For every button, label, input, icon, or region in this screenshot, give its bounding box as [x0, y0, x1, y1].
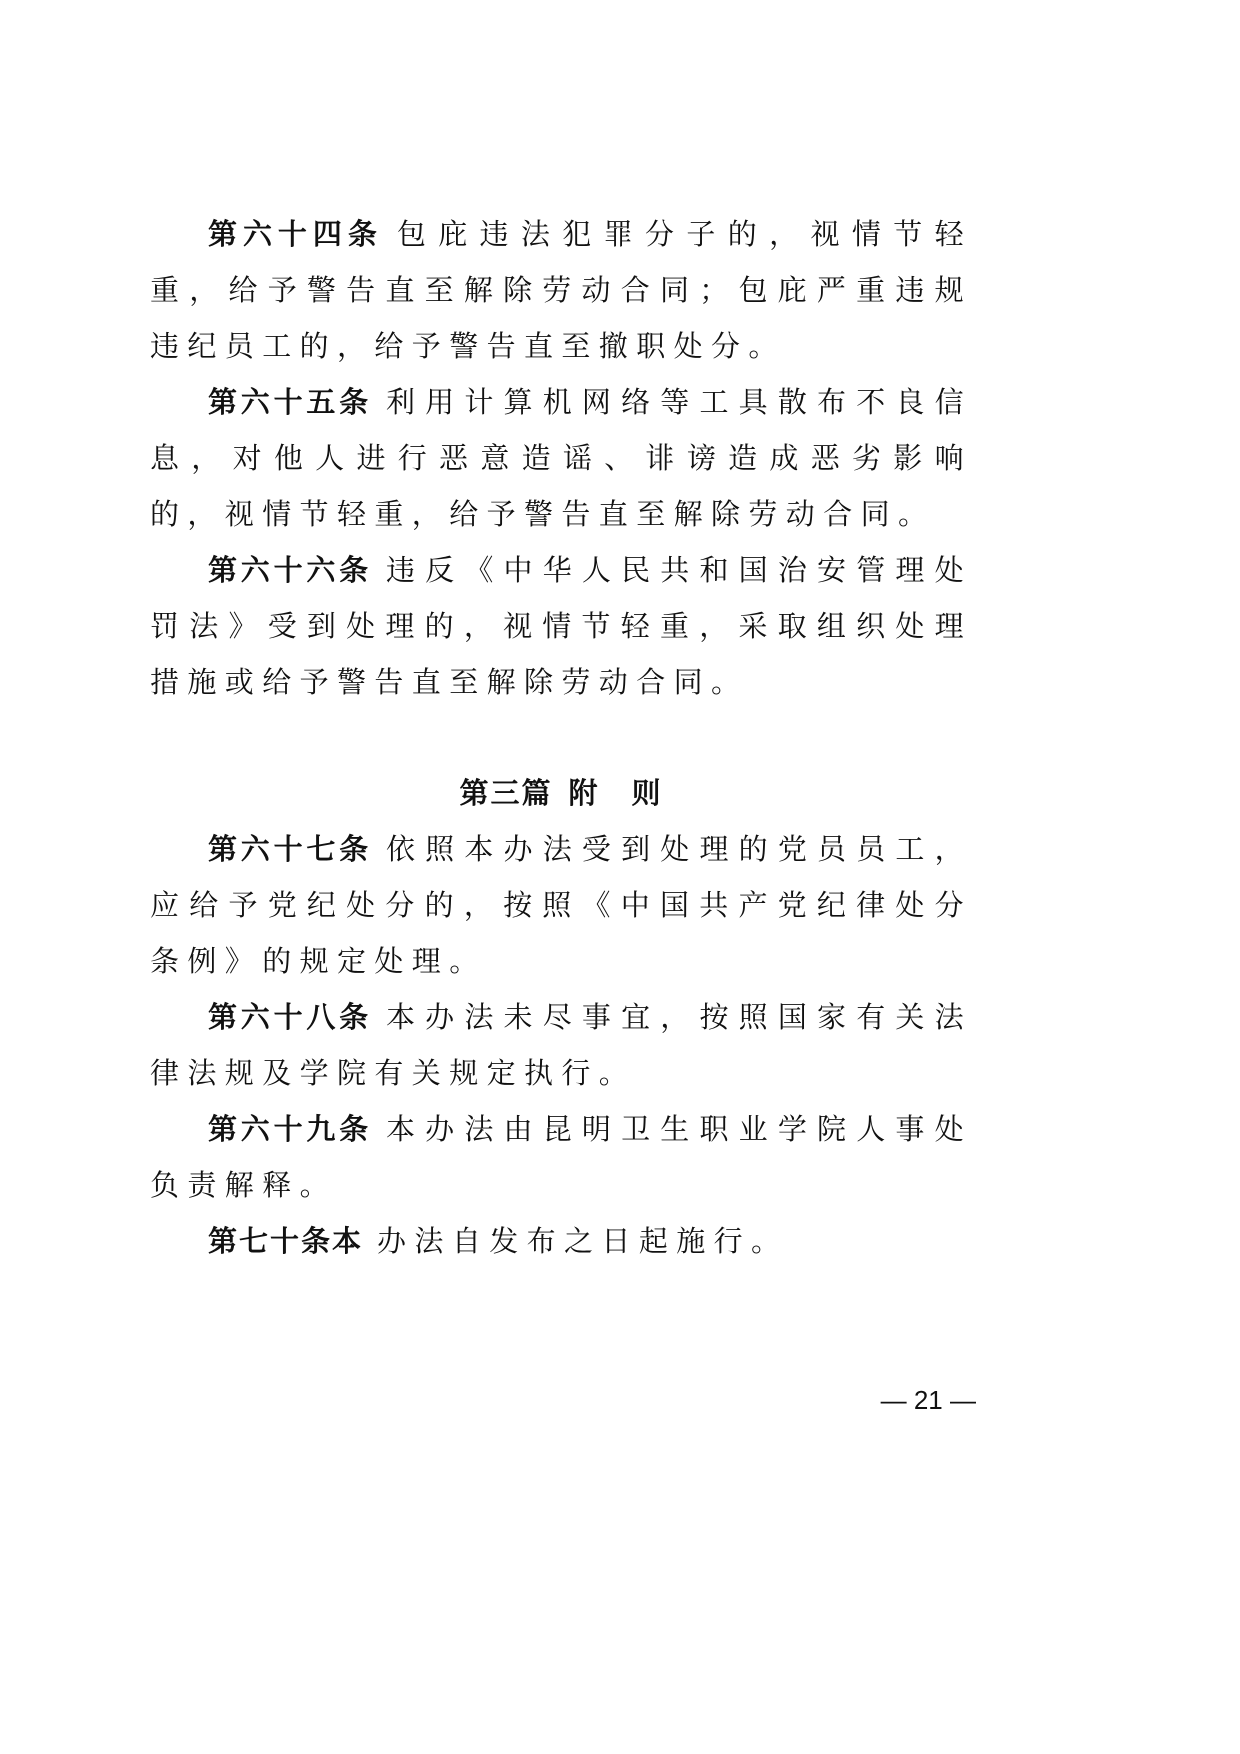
article-number: 第六十四条	[208, 217, 383, 251]
article-number: 第七十条本	[208, 1224, 363, 1258]
page-number: — 21 —	[876, 1380, 976, 1420]
article-64: 第六十四条包庇违法犯罪分子的，视情节轻重，给予警告直至解除劳动合同；包庇严重违规…	[150, 206, 972, 374]
article-67: 第六十七条依照本办法受到处理的党员员工，应给予党纪处分的，按照《中国共产党纪律处…	[150, 821, 972, 989]
article-text: 办法自发布之日起施行。	[377, 1224, 788, 1258]
article-number: 第六十八条	[208, 1000, 372, 1034]
section-title-char-2: 则	[632, 776, 663, 810]
document-body: 第六十四条包庇违法犯罪分子的，视情节轻重，给予警告直至解除劳动合同；包庇严重违规…	[150, 206, 972, 1269]
article-number: 第六十七条	[208, 832, 372, 866]
document-page: 第六十四条包庇违法犯罪分子的，视情节轻重，给予警告直至解除劳动合同；包庇严重违规…	[0, 0, 1240, 1754]
article-number: 第六十六条	[208, 553, 372, 587]
article-number: 第六十五条	[208, 385, 372, 419]
article-number: 第六十九条	[208, 1112, 372, 1146]
article-69: 第六十九条本办法由昆明卫生职业学院人事处负责解释。	[150, 1101, 972, 1213]
article-68: 第六十八条本办法未尽事宜，按照国家有关法律法规及学院有关规定执行。	[150, 989, 972, 1101]
section-title-char-1: 附	[568, 776, 599, 810]
section-part: 第三篇	[459, 776, 552, 810]
section-heading: 第三篇附则	[150, 765, 972, 821]
article-66: 第六十六条违反《中华人民共和国治安管理处罚法》受到处理的，视情节轻重，采取组织处…	[150, 542, 972, 710]
article-70: 第七十条本办法自发布之日起施行。	[150, 1213, 972, 1269]
article-65: 第六十五条利用计算机网络等工具散布不良信息，对他人进行恶意造谣、诽谤造成恶劣影响…	[150, 374, 972, 542]
